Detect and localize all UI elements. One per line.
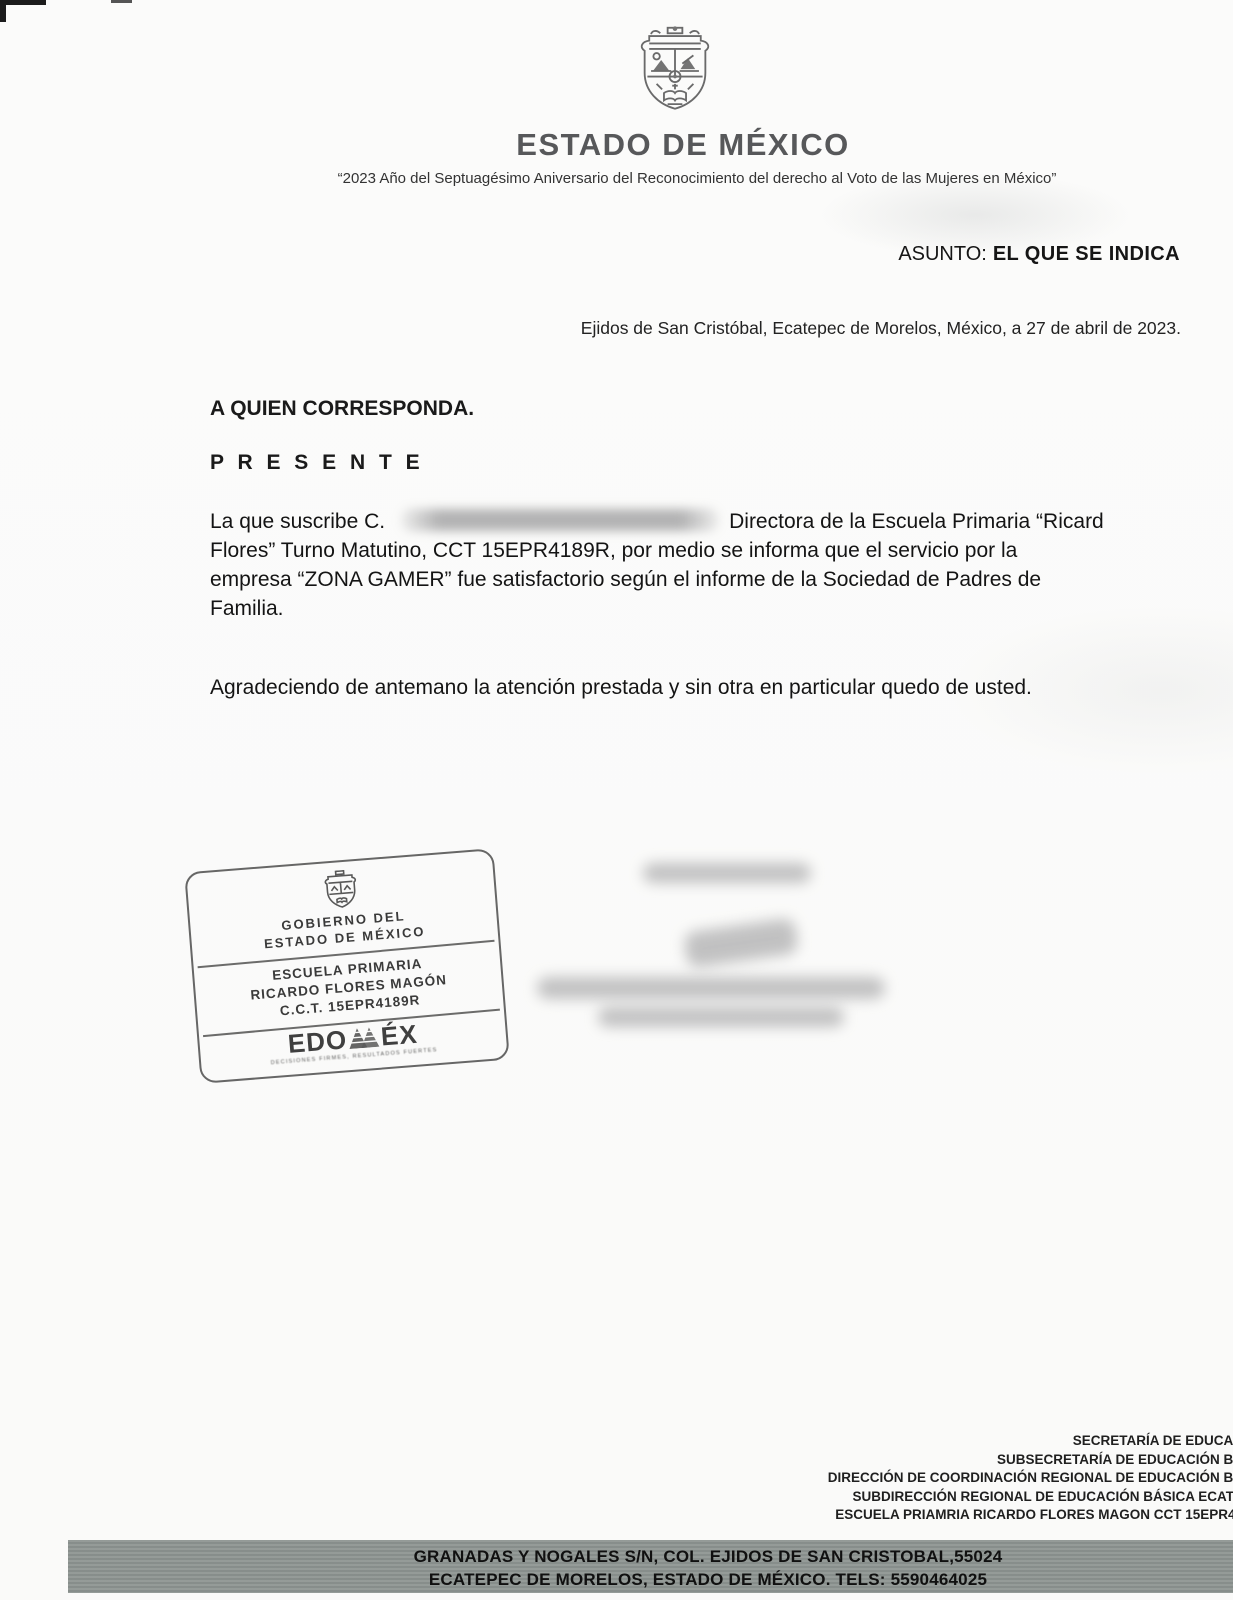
blurred-signer-name-line (537, 977, 885, 999)
body-line-4: Familia. (210, 594, 1233, 623)
document-title: ESTADO DE MÉXICO (283, 127, 1083, 163)
coat-of-arms-icon (627, 25, 723, 117)
salutation-presente: P R E S E N T E (210, 451, 424, 475)
redacted-name-blur (401, 509, 719, 531)
address-line-2: ECATEPEC DE MORELOS, ESTADO DE MÉXICO. T… (183, 1568, 1233, 1591)
subject-value: EL QUE SE INDICA (987, 243, 1180, 265)
dateline: Ejidos de San Cristóbal, Ecatepec de Mor… (581, 318, 1181, 339)
document-motto: “2023 Año del Septuagésimo Aniversario d… (297, 170, 1097, 187)
scan-artifact (0, 0, 6, 22)
blurred-signer-title-line (598, 1007, 844, 1027)
edomex-m-triangles-icon (346, 1025, 382, 1050)
salutation-to-whom: A QUIEN CORRESPONDA. (210, 397, 474, 421)
scan-artifact (0, 0, 46, 5)
subject-label: ASUNTO: (898, 243, 987, 265)
footer-line: ESCUELA PRIAMRIA RICARDO FLORES MAGON CC… (828, 1506, 1233, 1525)
school-stamp: GOBIERNO DEL ESTADO DE MÉXICO ESCUELA PR… (184, 848, 510, 1084)
letter-body: La que suscribe C.Directora de la Escuel… (210, 507, 1233, 623)
stamp-coat-of-arms-icon (320, 869, 363, 912)
body-line-1: La que suscribe C.Directora de la Escuel… (210, 507, 1233, 536)
footer-line: DIRECCIÓN DE COORDINACIÓN REGIONAL DE ED… (828, 1469, 1233, 1488)
address-bar: GRANADAS Y NOGALES S/N, COL. EJIDOS DE S… (68, 1540, 1233, 1593)
closing-line: Agradeciendo de antemano la atención pre… (210, 676, 1220, 700)
scan-artifact (111, 0, 132, 3)
scanned-letter-page: ESTADO DE MÉXICO “2023 Año del Septuagés… (0, 0, 1233, 1600)
address-line-1: GRANADAS Y NOGALES S/N, COL. EJIDOS DE S… (183, 1545, 1233, 1568)
blurred-attention-line (643, 863, 811, 883)
footer-line: SUBSECRETARÍA DE EDUCACIÓN BÁ (828, 1451, 1233, 1470)
subject-line: ASUNTO: EL QUE SE INDICA (898, 243, 1180, 266)
letterhead-footer-hierarchy: SECRETARÍA DE EDUCAC SUBSECRETARÍA DE ED… (828, 1432, 1233, 1525)
body-line-2: Flores” Turno Matutino, CCT 15EPR4189R, … (210, 536, 1233, 565)
blurred-signature (683, 917, 799, 968)
footer-line: SECRETARÍA DE EDUCAC (828, 1432, 1233, 1451)
stamp-school-lines: ESCUELA PRIMARIA RICARDO FLORES MAGÓN C.… (194, 949, 503, 1027)
footer-line: SUBDIRECCIÓN REGIONAL DE EDUCACIÓN BÁSIC… (828, 1488, 1233, 1507)
body-line-3: empresa “ZONA GAMER” fue satisfactorio s… (210, 565, 1233, 594)
